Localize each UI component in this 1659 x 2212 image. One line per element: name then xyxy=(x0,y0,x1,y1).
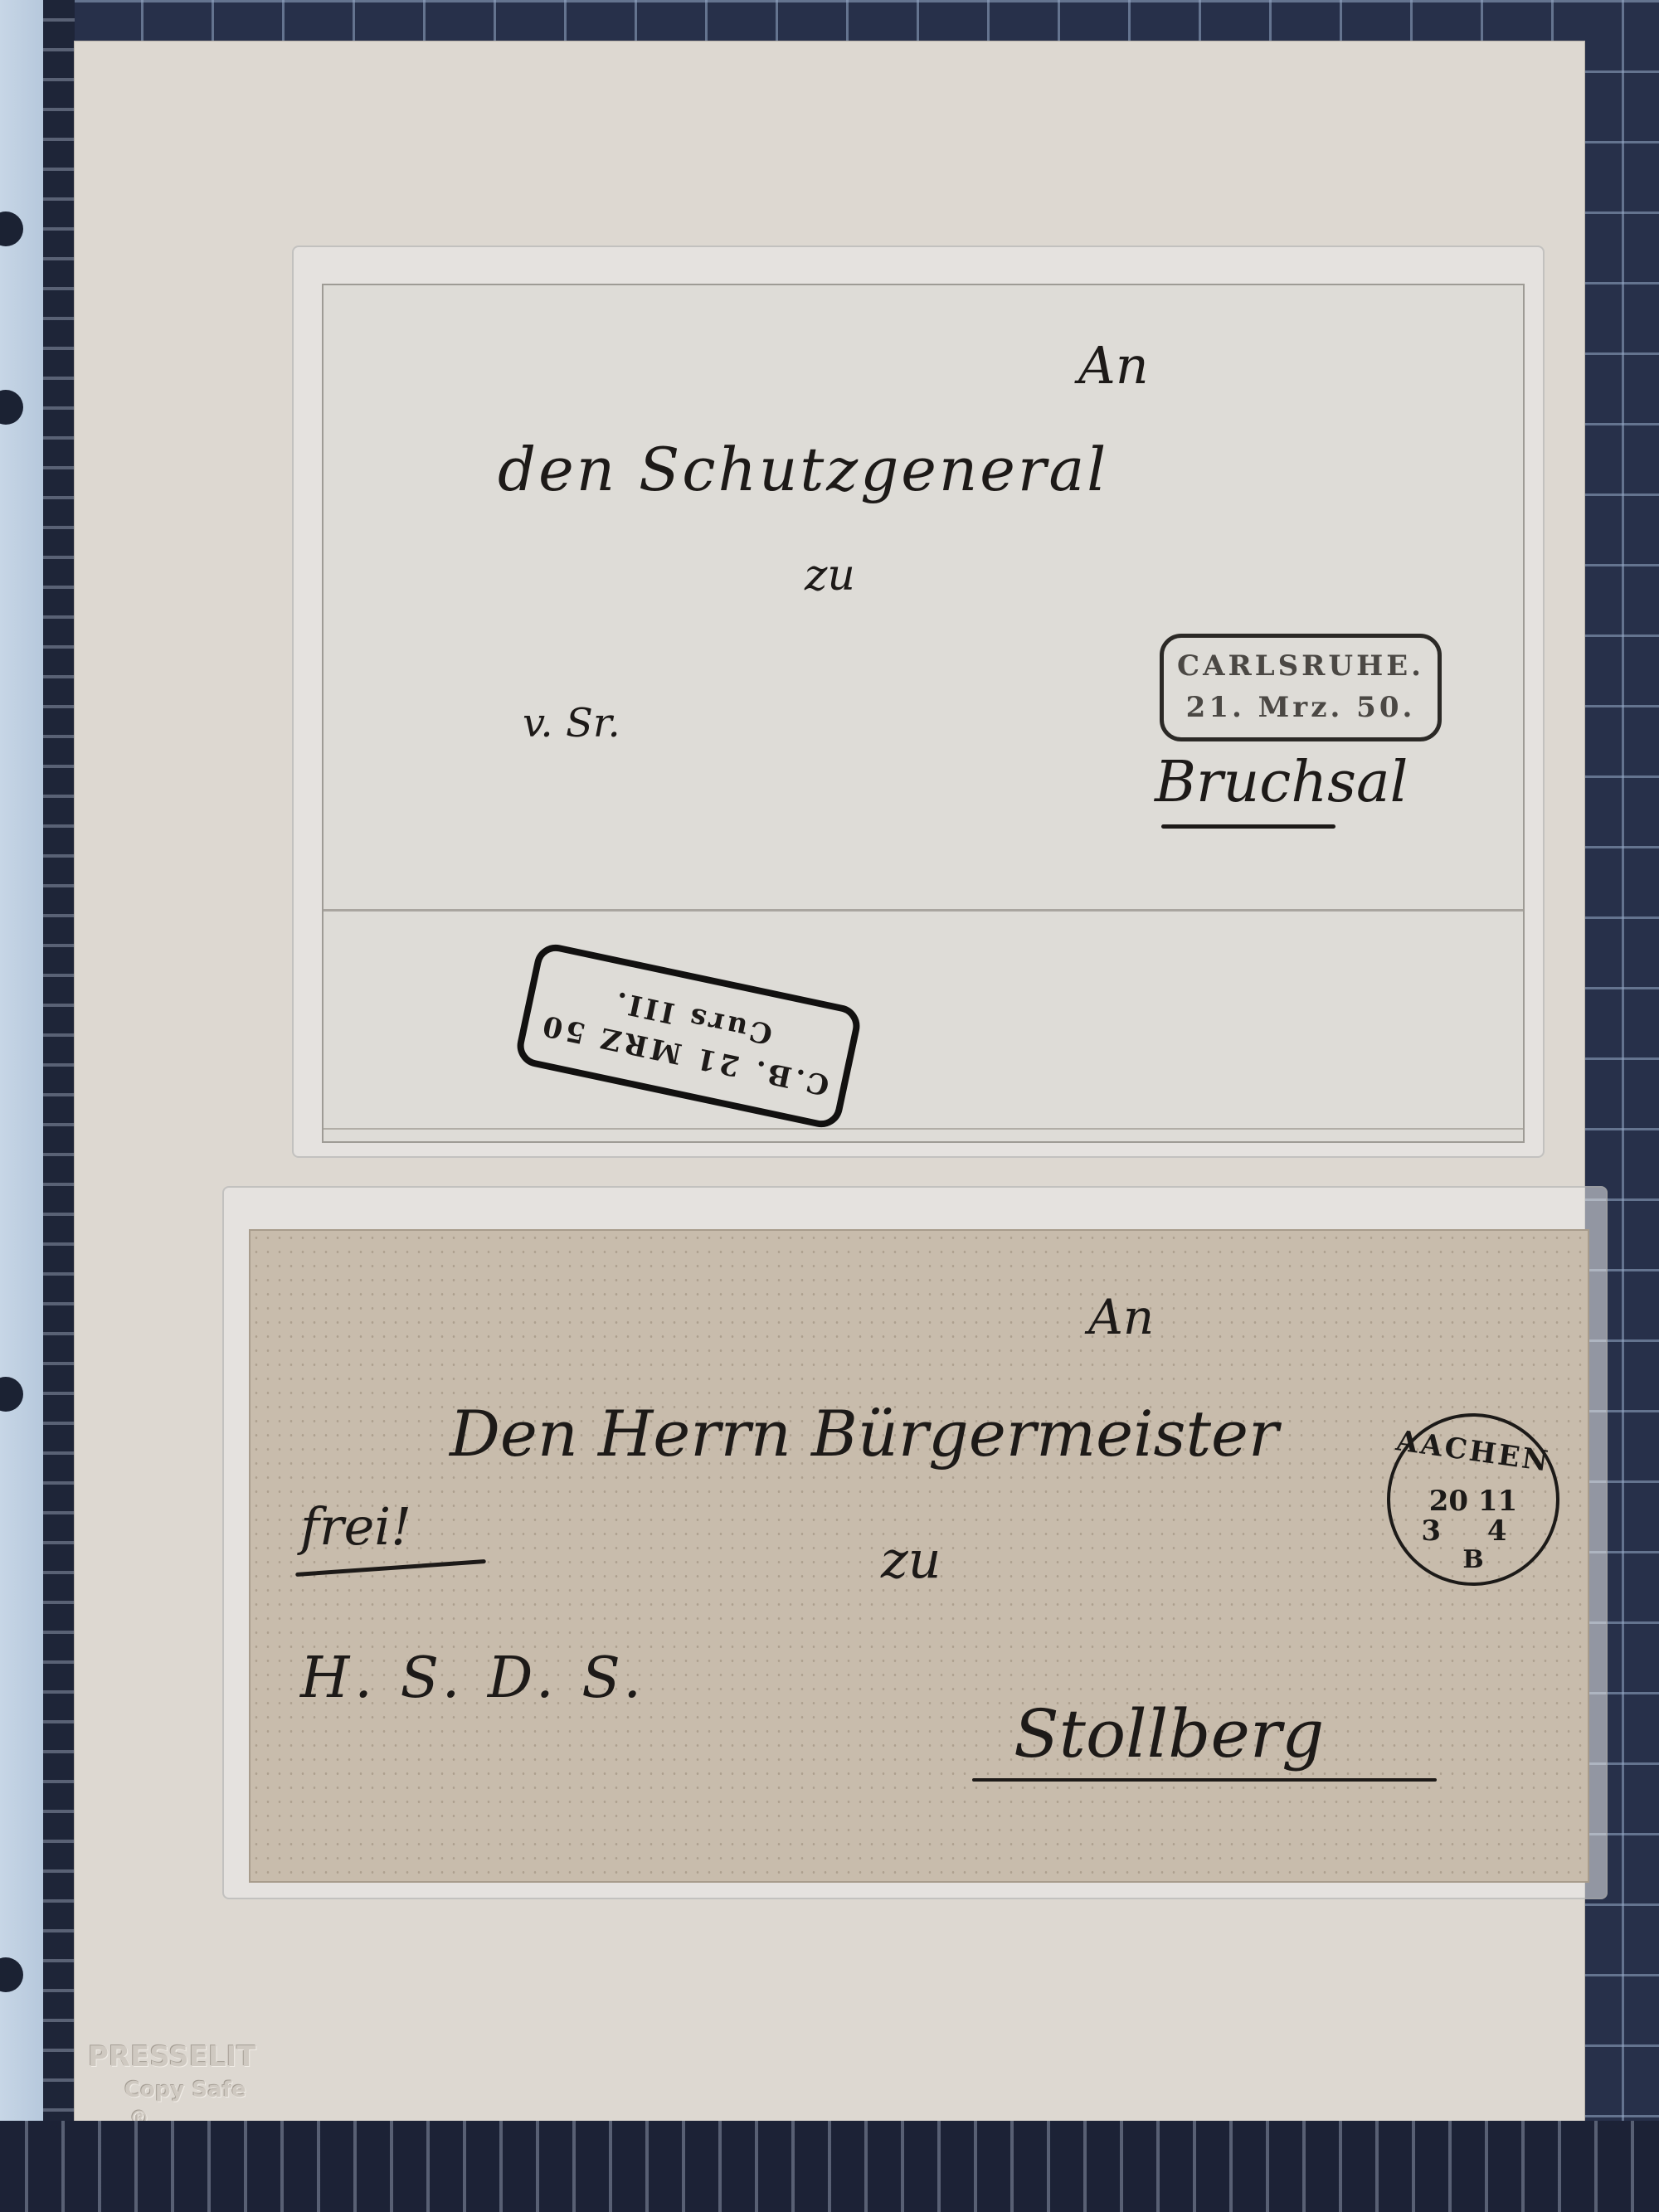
binder-bottom-strip xyxy=(0,2121,1659,2212)
address-salutation: An xyxy=(1078,335,1149,396)
arrival-postmark-inverted: C.B. 21 MRZ 50 Curs III. xyxy=(513,941,864,1131)
postmark-town: AACHEN xyxy=(1389,1423,1558,1479)
postmark-aachen: AACHEN 20 11 3 4 B xyxy=(1387,1413,1559,1586)
address-preposition: zu xyxy=(805,551,855,600)
album-page: An den Schutzgeneral zu Bruchsal v. Sr. … xyxy=(75,41,1584,2123)
interleaf-sheet xyxy=(0,0,43,2156)
postmark-town: CARLSRUHE. xyxy=(1164,649,1438,683)
destination-underline xyxy=(972,1778,1437,1782)
album-imprint-product: Copy Safe xyxy=(124,2078,246,2103)
postmark-letter: B xyxy=(1390,1545,1556,1574)
notation-frei: frei! xyxy=(300,1496,411,1557)
address-destination: Bruchsal xyxy=(1155,750,1408,815)
fold-line xyxy=(324,1128,1523,1130)
address-preposition: zu xyxy=(881,1529,941,1590)
address-recipient: Den Herrn Bürgermeister xyxy=(450,1397,1278,1471)
notation-vsr: v. Sr. xyxy=(523,700,620,746)
letter-cover-aachen: An Den Herrn Bürgermeister frei! zu H. S… xyxy=(249,1229,1589,1883)
postmark-date: 21. Mrz. 50. xyxy=(1164,691,1438,724)
letter-cover-carlsruhe: An den Schutzgeneral zu Bruchsal v. Sr. … xyxy=(322,284,1525,1143)
sleeve-binding-strip xyxy=(43,0,75,2212)
album-imprint-brand: PRESSELIT xyxy=(88,2040,256,2073)
address-destination: Stollberg xyxy=(1014,1695,1324,1772)
punch-hole xyxy=(0,390,23,425)
postmark-carlsruhe: CARLSRUHE. 21. Mrz. 50. xyxy=(1160,634,1442,741)
fold-line xyxy=(324,909,1523,912)
frei-underline xyxy=(295,1559,486,1577)
punch-hole xyxy=(0,1957,23,1992)
punch-hole xyxy=(0,211,23,246)
destination-underline xyxy=(1161,824,1335,829)
address-recipient: den Schutzgeneral xyxy=(498,435,1108,504)
notation-initials: H. S. D. S. xyxy=(300,1646,646,1711)
address-salutation: An xyxy=(1088,1289,1154,1345)
punch-hole xyxy=(0,1377,23,1412)
postmark-time: 3 4 xyxy=(1390,1514,1556,1548)
postmark-date: 20 11 xyxy=(1390,1485,1556,1518)
